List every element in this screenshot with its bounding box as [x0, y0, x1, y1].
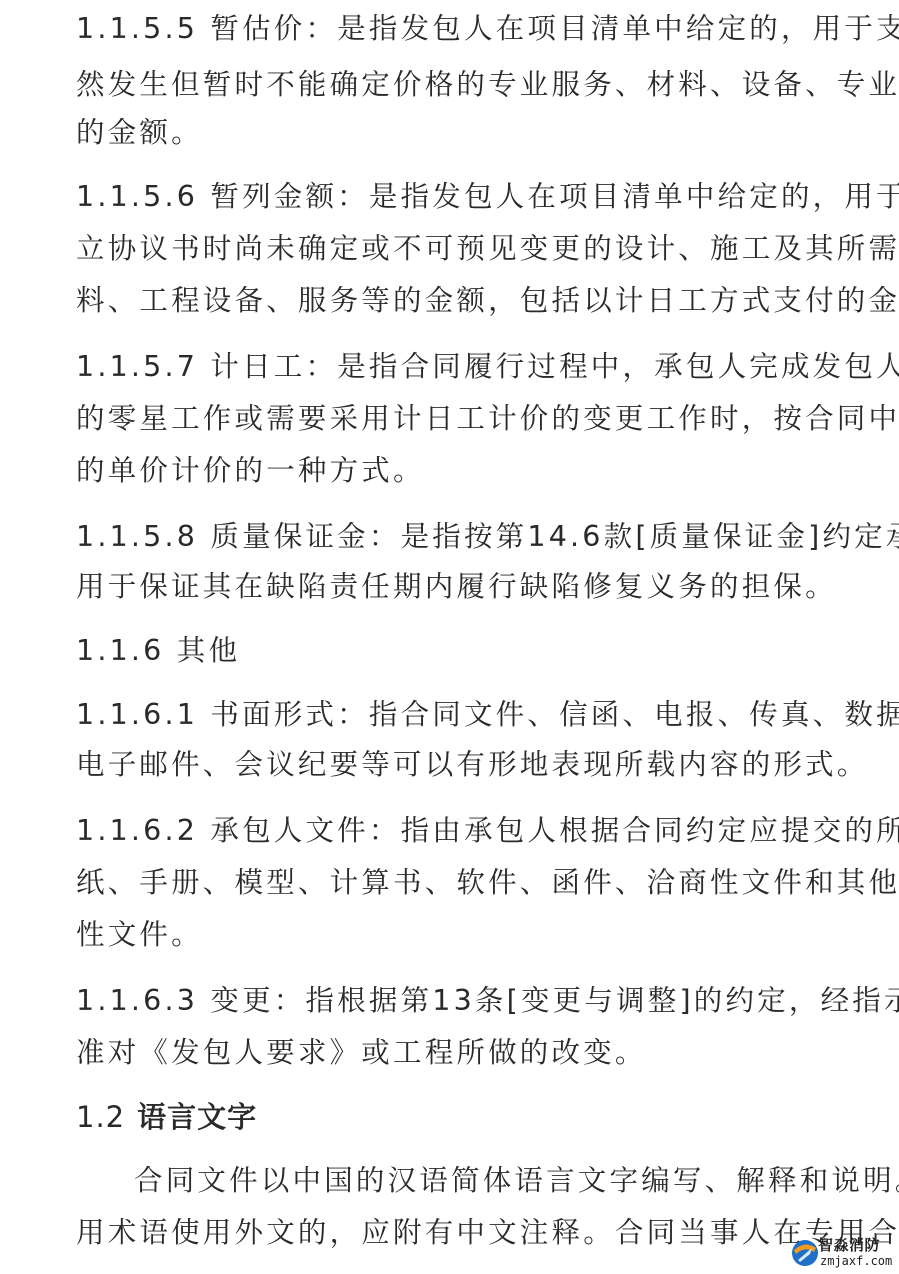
clause-1-1-6-2-line-2: 纸、手册、模型、计算书、软件、函件、洽商性文件和其他技术	[76, 866, 899, 900]
clause-1-1-6-line-1: 1.1.6 其他	[76, 634, 240, 668]
clause-1-1-5-7-line-1: 1.1.5.7 计日工：是指合同履行过程中，承包人完成发包人提出	[76, 350, 899, 384]
clause-1-1-5-5-line-1: 1.1.5.5 暂估价：是指发包人在项目清单中给定的，用于支付必	[76, 12, 899, 46]
clause-1-1-5-6-line-1: 1.1.5.6 暂列金额：是指发包人在项目清单中给定的，用于在订	[76, 180, 899, 214]
clause-1-1-6-1-line-2: 电子邮件、会议纪要等可以有形地表现所载内容的形式。	[76, 748, 869, 782]
clause-1-1-6-2-line-1: 1.1.6.2 承包人文件：指由承包人根据合同约定应提交的所有图	[76, 814, 899, 848]
clause-1-1-5-8-line-1: 1.1.5.8 质量保证金：是指按第14.6款[质量保证金]约定承包人	[76, 520, 899, 554]
clause-1-1-6-1-line-1: 1.1.6.1 书面形式：指合同文件、信函、电报、传真、数据电文、	[76, 698, 899, 732]
clause-1-1-5-5-line-2: 然发生但暂时不能确定价格的专业服务、材料、设备、专业工程	[76, 68, 899, 102]
section-number: 1.2	[76, 1100, 125, 1134]
brand-logo-icon	[790, 1238, 820, 1268]
section-body-line-2: 用术语使用外文的，应附有中文注释。合同当事人在专用合同条	[76, 1216, 899, 1250]
clause-1-1-5-7-line-3: 的单价计价的一种方式。	[76, 454, 425, 488]
clause-1-1-6-3-line-1: 1.1.6.3 变更：指根据第13条[变更与调整]的约定，经指示或批	[76, 984, 899, 1018]
watermark-name: 智淼消防	[818, 1234, 880, 1255]
clause-1-1-5-5-line-3: 的金额。	[76, 116, 203, 150]
watermark: 智淼消防 zmjaxf.com	[790, 1234, 896, 1272]
clause-1-1-5-8-line-2: 用于保证其在缺陷责任期内履行缺陷修复义务的担保。	[76, 570, 837, 604]
clause-1-1-6-2-line-3: 性文件。	[76, 918, 203, 952]
clause-1-1-6-3-line-2: 准对《发包人要求》或工程所做的改变。	[76, 1036, 647, 1070]
section-heading: 1.2语言文字	[76, 1100, 257, 1134]
section-title: 语言文字	[137, 1100, 257, 1134]
clause-1-1-5-7-line-2: 的零星工作或需要采用计日工计价的变更工作时，按合同中约定	[76, 402, 899, 436]
watermark-url: zmjaxf.com	[820, 1254, 892, 1268]
section-body-line-1: 合同文件以中国的汉语简体语言文字编写、解释和说明。专	[134, 1164, 899, 1198]
clause-1-1-5-6-line-2: 立协议书时尚未确定或不可预见变更的设计、施工及其所需材	[76, 232, 899, 266]
clause-1-1-5-6-line-3: 料、工程设备、服务等的金额，包括以计日工方式支付的金额。	[76, 284, 899, 318]
